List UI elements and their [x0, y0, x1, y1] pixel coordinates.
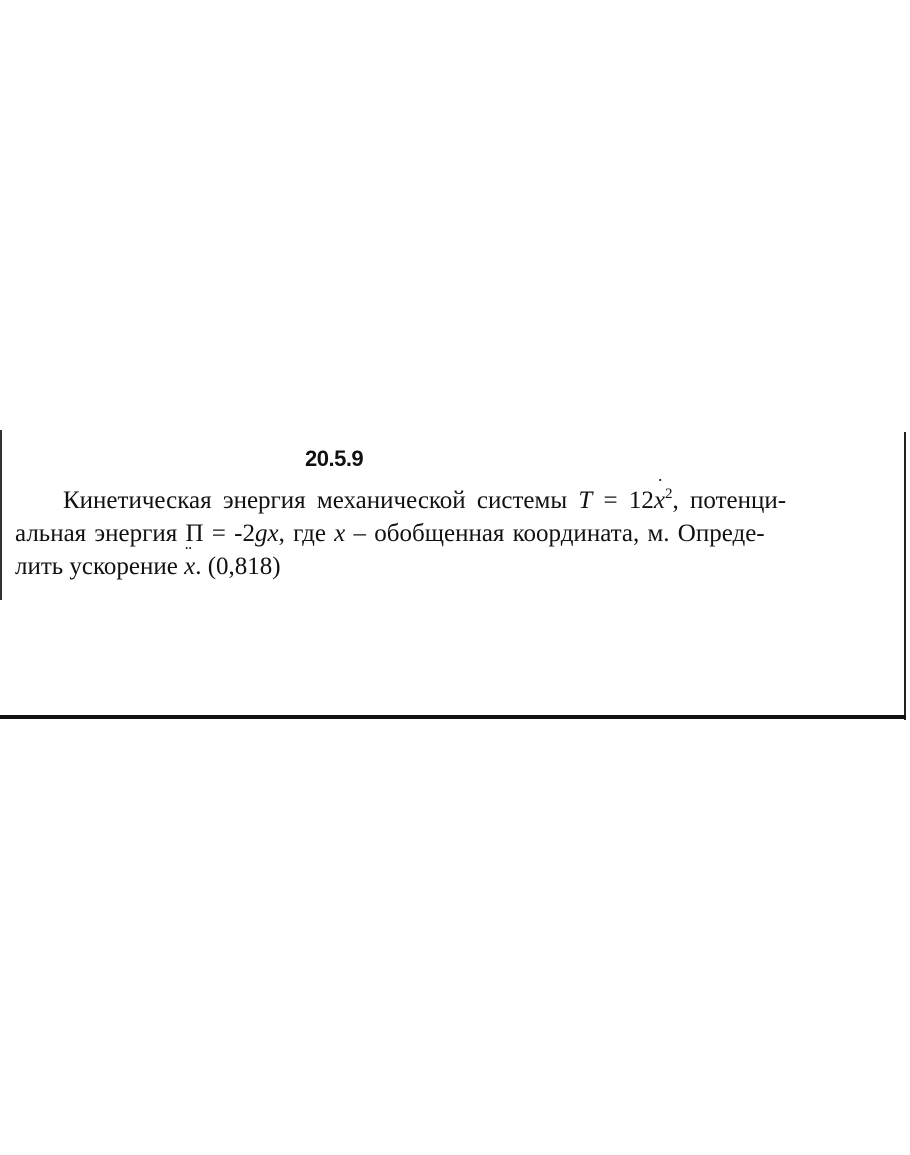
problem-line-3: лить ускорение x. (0,818): [15, 550, 887, 583]
velocity-symbol: x: [654, 484, 665, 517]
page-frame-left-border: [0, 430, 2, 600]
problem-statement: Кинетическая энергия механической систем…: [15, 484, 887, 583]
answer-text: . (0,818): [195, 553, 280, 580]
page-frame-bottom-rule: [0, 715, 906, 719]
page-frame-right-border: [904, 432, 906, 720]
text-segment: Кинетическая энергия механической систем…: [63, 487, 578, 514]
problem-number: 20.5.9: [305, 448, 363, 470]
text-segment: = 12: [592, 487, 654, 514]
problem-line-2: альная энергия П = -2gx, где x – обобщен…: [15, 517, 887, 550]
coordinate-symbol: x: [334, 520, 345, 547]
exponent: 2: [665, 486, 673, 502]
text-segment: лить ускорение: [15, 553, 184, 580]
text-segment: , потенци-: [673, 487, 787, 514]
math-gx: gx: [255, 520, 279, 547]
text-segment: – обобщенная координата, м. Опреде-: [345, 520, 764, 547]
text-segment: , где: [279, 520, 335, 547]
kinetic-energy-symbol: T: [578, 487, 592, 514]
problem-line-1: Кинетическая энергия механической систем…: [15, 484, 887, 517]
acceleration-symbol: x: [184, 550, 195, 583]
text-segment: альная энергия П = -2: [15, 520, 255, 547]
